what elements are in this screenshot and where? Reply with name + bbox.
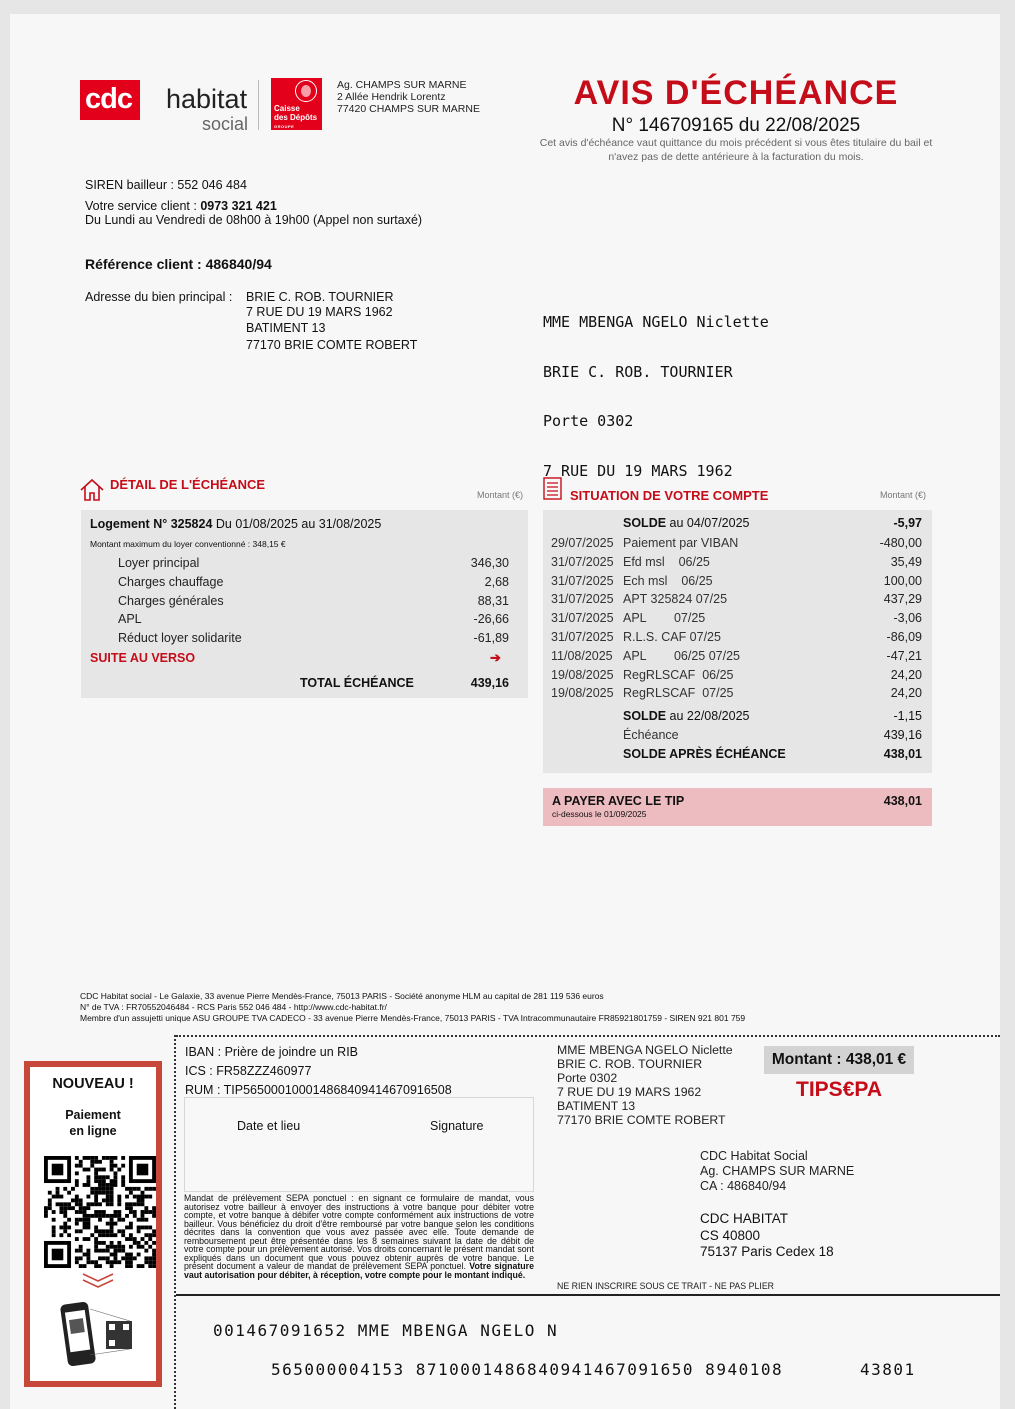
ocr-line-1: 001467091652 MME MBENGA NGELO N xyxy=(213,1321,558,1340)
notice-number: N° 146709165 du 22/08/2025 xyxy=(540,115,932,137)
entry-amount: -86,09 xyxy=(830,630,922,644)
ocr-code: 43801 xyxy=(860,1360,916,1379)
legal-line: N° de TVA : FR70552046484 - RCS Paris 55… xyxy=(80,1002,745,1013)
agency-line: 77420 CHAMPS SUR MARNE xyxy=(337,103,480,115)
detail-item-amount: 88,31 xyxy=(430,594,509,608)
chevron-down-icon xyxy=(81,1272,115,1288)
logement-period: Du 01/08/2025 au 31/08/2025 xyxy=(212,517,381,531)
closing-balance-amount: -1,15 xyxy=(830,709,922,723)
recipient-line: 7 RUE DU 19 MARS 1962 xyxy=(543,463,769,480)
entry-date: 31/07/2025 xyxy=(551,630,614,644)
iban-line: IBAN : Prière de joindre un RIB xyxy=(185,1043,452,1062)
entry-date: 31/07/2025 xyxy=(551,574,614,588)
quittance-notice: Cet avis d'échéance vaut quittance du mo… xyxy=(528,136,944,164)
tip-identifiers: IBAN : Prière de joindre un RIB ICS : FR… xyxy=(185,1043,452,1100)
detail-item-label: Charges chauffage xyxy=(118,575,223,589)
entry-label: R.L.S. CAF 07/25 xyxy=(623,630,721,644)
recipient-line: MME MBENGA NGELO Niclette xyxy=(543,314,769,331)
return-address: CDC HABITAT CS 40800 75137 Paris Cedex 1… xyxy=(700,1211,834,1261)
logo-social-text: social xyxy=(202,114,248,135)
detail-item-amount: 346,30 xyxy=(430,556,509,570)
creditor-line: Ag. CHAMPS SUR MARNE xyxy=(700,1164,854,1179)
legal-line: CDC Habitat social - Le Galaxie, 33 aven… xyxy=(80,991,745,1002)
entry-label: Efd msl 06/25 xyxy=(623,555,710,569)
document-list-icon xyxy=(543,477,563,501)
entry-amount: -3,06 xyxy=(830,611,922,625)
creditor-info: CDC Habitat Social Ag. CHAMPS SUR MARNE … xyxy=(700,1149,854,1194)
total-amount: 439,16 xyxy=(430,676,509,690)
entry-amount: -47,21 xyxy=(830,649,922,663)
signature-label: Signature xyxy=(430,1119,484,1133)
entry-label: RegRLSCAF 06/25 xyxy=(623,668,733,682)
payer-line: 7 RUE DU 19 MARS 1962 xyxy=(557,1085,733,1099)
ics-line: ICS : FR58ZZZ460977 xyxy=(185,1062,452,1081)
payer-line: Porte 0302 xyxy=(557,1071,733,1085)
agency-address: Ag. CHAMPS SUR MARNE 2 Allée Hendrik Lor… xyxy=(337,79,480,115)
mandate-text: Mandat de prélèvement SEPA ponctuel : en… xyxy=(184,1193,534,1271)
ocr-line-2: 565000004153 8710001486840941467091650 8… xyxy=(271,1360,783,1379)
payer-line: 77170 BRIE COMTE ROBERT xyxy=(557,1113,733,1127)
detail-item-label: Réduct loyer solidarite xyxy=(118,631,242,645)
detail-item-label: Loyer principal xyxy=(118,556,199,570)
online-payment-promo[interactable]: NOUVEAU ! Paiement en ligne xyxy=(24,1061,162,1387)
cut-line-vertical xyxy=(174,1035,176,1409)
service-client: Votre service client : 0973 321 421 xyxy=(85,199,277,213)
entry-label: APT 325824 07/25 xyxy=(623,592,727,606)
payer-address: MME MBENGA NGELO Niclette BRIE C. ROB. T… xyxy=(557,1043,733,1127)
max-loyer: Montant maximum du loyer conventionné : … xyxy=(90,539,286,549)
promo-title: NOUVEAU ! xyxy=(30,1076,156,1092)
caisse-depots-logo: Caisse des Dépôts GROUPE xyxy=(271,78,322,130)
detail-item-amount: -26,66 xyxy=(430,612,509,626)
address-label: Adresse du bien principal : xyxy=(85,290,232,304)
service-label: Votre service client : xyxy=(85,199,200,213)
promo-sub2: en ligne xyxy=(30,1123,156,1139)
house-icon xyxy=(79,478,105,502)
creditor-line: CA : 486840/94 xyxy=(700,1179,854,1194)
address-line: BRIE C. ROB. TOURNIER xyxy=(246,290,417,305)
arrow-right-icon: ➔ xyxy=(490,650,501,666)
sepa-mandate-text: Mandat de prélèvement SEPA ponctuel : en… xyxy=(184,1194,534,1279)
return-line: CS 40800 xyxy=(700,1228,834,1245)
after-balance-amount: 438,01 xyxy=(830,747,922,761)
detail-unit: Montant (€) xyxy=(477,490,523,500)
logo-habitat-text: habitat xyxy=(166,82,247,116)
signature-box[interactable]: Date et lieu Signature xyxy=(184,1097,534,1192)
address-line: BATIMENT 13 xyxy=(246,321,417,336)
solde-label: SOLDE xyxy=(623,709,666,723)
solde-date: au 04/07/2025 xyxy=(666,516,749,530)
address-line: 7 RUE DU 19 MARS 1962 xyxy=(246,305,417,320)
entry-date: 11/08/2025 xyxy=(551,649,613,663)
pay-due-date: ci-dessous le 01/09/2025 xyxy=(552,809,647,819)
closing-balance-label: SOLDE au 22/08/2025 xyxy=(623,709,749,723)
entry-date: 31/07/2025 xyxy=(551,611,614,625)
opening-balance-amount: -5,97 xyxy=(830,516,922,530)
entry-label: APL 06/25 07/25 xyxy=(623,649,740,663)
qr-code-icon[interactable] xyxy=(44,1156,156,1268)
opening-balance-label: SOLDE au 04/07/2025 xyxy=(623,516,749,530)
entry-amount: 24,20 xyxy=(830,668,922,682)
pay-amount: 438,01 xyxy=(830,794,922,808)
logo-divider xyxy=(258,80,259,130)
partner-line3: GROUPE xyxy=(274,122,317,131)
after-balance-label: SOLDE APRÈS ÉCHÉANCE xyxy=(623,747,786,761)
echeance-label: Échéance xyxy=(623,728,679,742)
return-line: 75137 Paris Cedex 18 xyxy=(700,1244,834,1261)
entry-date: 19/08/2025 xyxy=(551,668,614,682)
detail-item-amount: -61,89 xyxy=(430,631,509,645)
entry-amount: -480,00 xyxy=(830,536,922,550)
detail-title: DÉTAIL DE L'ÉCHÉANCE xyxy=(110,477,265,492)
recipient-line: BRIE C. ROB. TOURNIER xyxy=(543,364,769,381)
entry-label: APL 07/25 xyxy=(623,611,705,625)
legal-line: Membre d'un assujetti unique ASU GROUPE … xyxy=(80,1013,745,1024)
entry-amount: 437,29 xyxy=(830,592,922,606)
legal-footer: CDC Habitat social - Le Galaxie, 33 aven… xyxy=(80,991,745,1024)
detail-item-amount: 2,68 xyxy=(430,575,509,589)
account-title: SITUATION DE VOTRE COMPTE xyxy=(570,488,768,503)
tip-amount-box: Montant : 438,01 € xyxy=(764,1046,914,1074)
entry-amount: 35,49 xyxy=(830,555,922,569)
total-label: TOTAL ÉCHÉANCE xyxy=(300,676,414,690)
date-place-label: Date et lieu xyxy=(237,1119,300,1133)
do-not-write-warning: NE RIEN INSCRIRE SOUS CE TRAIT - NE PAS … xyxy=(557,1281,774,1291)
page-title: AVIS D'ÉCHÉANCE xyxy=(540,74,932,113)
seal-icon xyxy=(295,80,317,102)
service-phone[interactable]: 0973 321 421 xyxy=(200,199,276,213)
entry-amount: 24,20 xyxy=(830,686,922,700)
account-unit: Montant (€) xyxy=(880,490,926,500)
detail-item-label: APL xyxy=(118,612,142,626)
logement-number: Logement N° 325824 xyxy=(90,517,212,531)
siren: SIREN bailleur : 552 046 484 xyxy=(85,178,247,192)
creditor-line: CDC Habitat Social xyxy=(700,1149,854,1164)
promo-sub1: Paiement xyxy=(30,1107,156,1123)
promo-subtitle: Paiement en ligne xyxy=(30,1107,156,1139)
pay-label: A PAYER AVEC LE TIP xyxy=(552,794,684,808)
ocr-separator xyxy=(176,1294,1000,1296)
entry-date: 29/07/2025 xyxy=(551,536,614,550)
entry-amount: 100,00 xyxy=(830,574,922,588)
payer-line: BRIE C. ROB. TOURNIER xyxy=(557,1057,733,1071)
suite-au-verso: SUITE AU VERSO xyxy=(90,651,195,665)
entry-date: 19/08/2025 xyxy=(551,686,614,700)
service-hours: Du Lundi au Vendredi de 08h00 à 19h00 (A… xyxy=(85,213,422,227)
property-address: BRIE C. ROB. TOURNIER 7 RUE DU 19 MARS 1… xyxy=(246,290,417,352)
partner-line2: des Dépôts xyxy=(274,113,317,122)
solde-label: SOLDE xyxy=(623,516,666,530)
echeance-amount: 439,16 xyxy=(830,728,922,742)
detail-item-label: Charges générales xyxy=(118,594,224,608)
tipsepa-logo: TIPS€PA xyxy=(764,1078,914,1102)
logement-header: Logement N° 325824 Du 01/08/2025 au 31/0… xyxy=(90,517,381,531)
solde-date: au 22/08/2025 xyxy=(666,709,749,723)
phone-scan-icon xyxy=(60,1299,142,1371)
partner-line1: Caisse xyxy=(274,104,317,113)
entry-date: 31/07/2025 xyxy=(551,555,614,569)
payer-line: MME MBENGA NGELO Niclette xyxy=(557,1043,733,1057)
agency-line: Ag. CHAMPS SUR MARNE xyxy=(337,79,480,91)
entry-label: RegRLSCAF 07/25 xyxy=(623,686,733,700)
agency-line: 2 Allée Hendrik Lorentz xyxy=(337,91,480,103)
client-reference: Référence client : 486840/94 xyxy=(85,256,272,272)
return-line: CDC HABITAT xyxy=(700,1211,834,1228)
entry-label: Ech msl 06/25 xyxy=(623,574,713,588)
recipient-line: Porte 0302 xyxy=(543,413,769,430)
cut-line-horizontal xyxy=(176,1035,1000,1037)
entry-date: 31/07/2025 xyxy=(551,592,614,606)
address-line: 77170 BRIE COMTE ROBERT xyxy=(246,338,417,353)
entry-label: Paiement par VIBAN xyxy=(623,536,738,550)
payer-line: BATIMENT 13 xyxy=(557,1099,733,1113)
logo-cdc-text: cdc xyxy=(85,80,132,118)
